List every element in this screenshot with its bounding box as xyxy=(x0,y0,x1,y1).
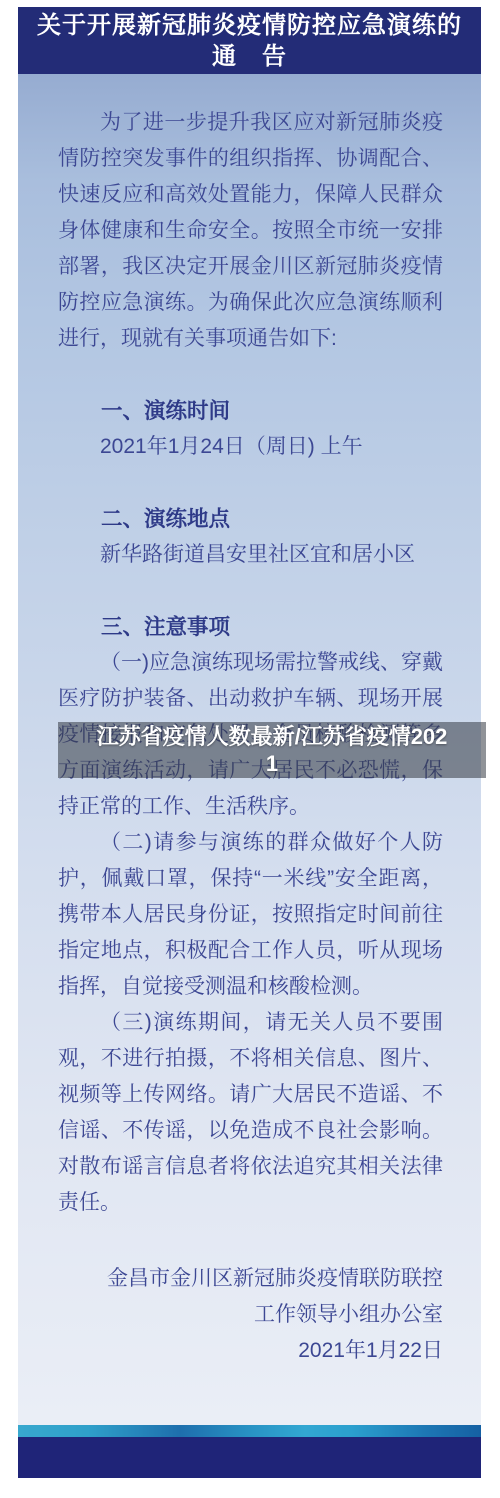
watermark-caption-overlay: 江苏省疫情人数最新/江苏省疫情202 1 xyxy=(58,722,486,778)
section-1-heading: 一、演练时间 xyxy=(58,393,443,429)
decorative-cyan-stripe xyxy=(18,1425,481,1437)
watermark-text-line2: 1 xyxy=(266,750,278,777)
notice-page: 关于开展新冠肺炎疫情防控应急演练的 通 告 为了进一步提升我区应对新冠肺炎疫情防… xyxy=(0,0,500,1498)
notice-header: 关于开展新冠肺炎疫情防控应急演练的 通 告 xyxy=(18,7,481,74)
notice-title-line1: 关于开展新冠肺炎疫情防控应急演练的 xyxy=(18,10,481,41)
notice-item-2: （二)请参与演练的群众做好个人防护，佩戴口罩，保持“一米线”安全距离，携带本人居… xyxy=(58,825,443,1005)
section-3-heading: 三、注意事项 xyxy=(58,609,443,645)
watermark-text-line1: 江苏省疫情人数最新/江苏省疫情202 xyxy=(97,723,448,750)
drill-time-text: 2021年1月24日（周日) 上午 xyxy=(58,429,443,465)
signature-org-line2: 工作领导小组办公室 xyxy=(58,1297,443,1333)
signature-org-line1: 金昌市金川区新冠肺炎疫情联防联控 xyxy=(58,1261,443,1297)
footer-navy-band xyxy=(18,1437,481,1478)
section-2-heading: 二、演练地点 xyxy=(58,501,443,537)
notice-item-3: （三)演练期间，请无关人员不要围观，不进行拍摄，不将相关信息、图片、视频等上传网… xyxy=(58,1005,443,1221)
drill-location-text: 新华路街道昌安里社区宜和居小区 xyxy=(58,537,443,573)
signature-block: 金昌市金川区新冠肺炎疫情联防联控 工作领导小组办公室 2021年1月22日 xyxy=(58,1261,443,1369)
intro-paragraph: 为了进一步提升我区应对新冠肺炎疫情防控突发事件的组织指挥、协调配合、快速反应和高… xyxy=(58,105,443,357)
signature-date: 2021年1月22日 xyxy=(58,1333,443,1369)
notice-title-line2: 通 告 xyxy=(18,41,481,72)
